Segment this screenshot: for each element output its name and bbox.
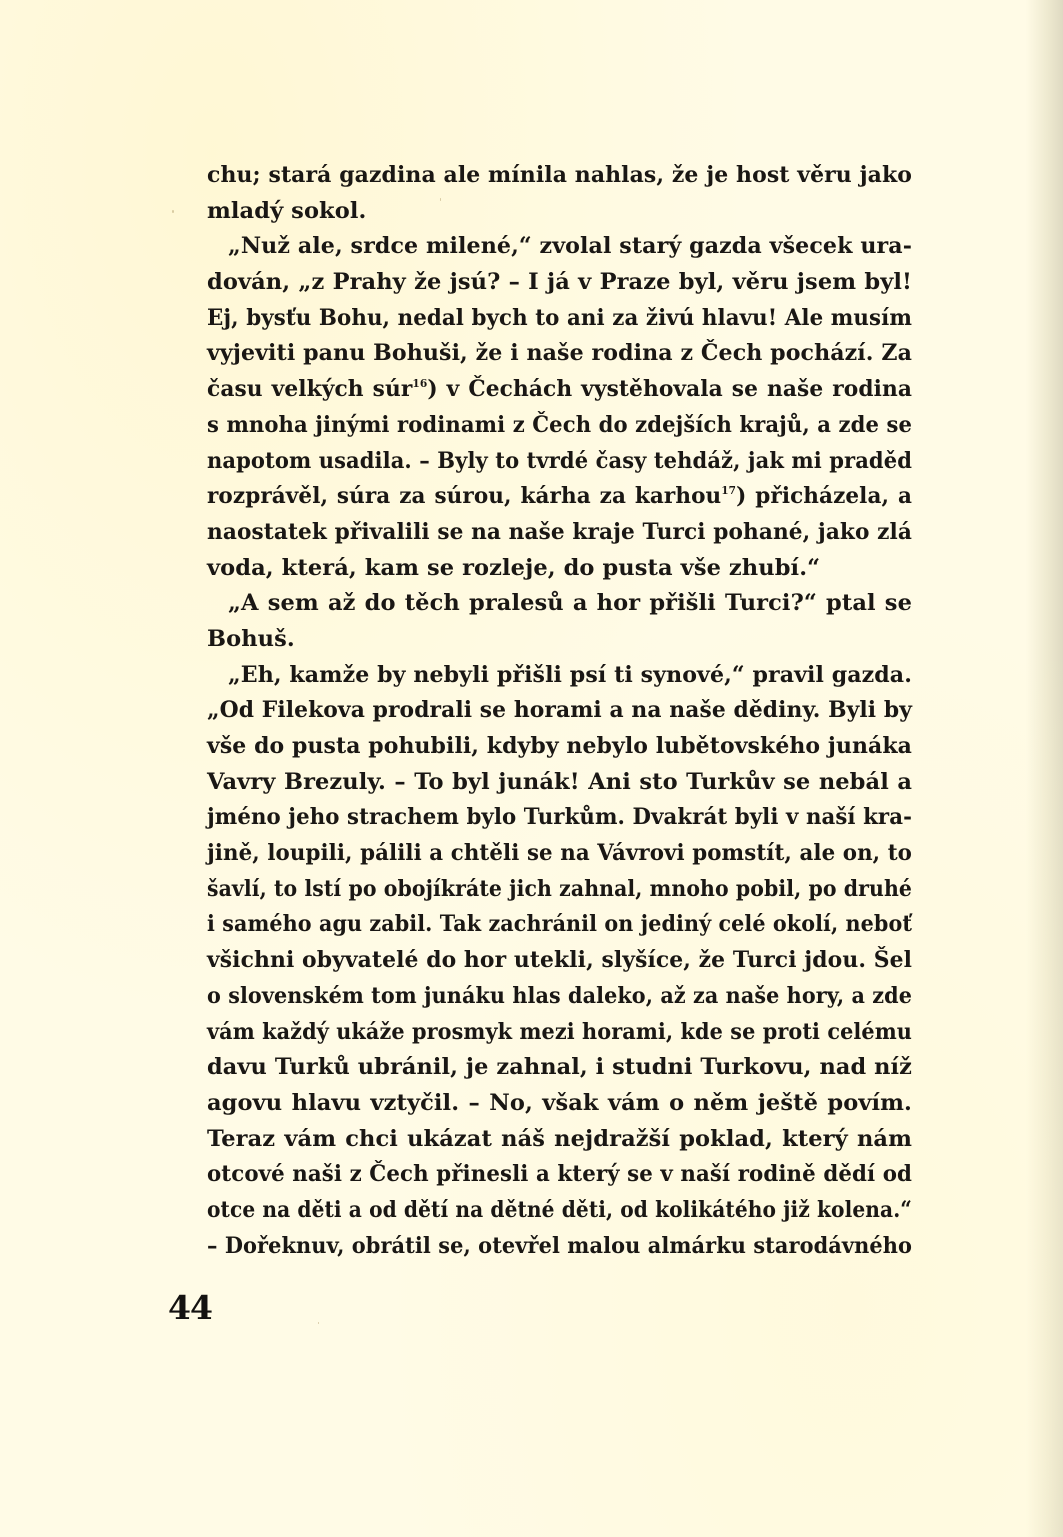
paper-speck	[440, 198, 441, 201]
text-line: naostatek přivalili se na naše kraje Tur…	[207, 515, 912, 551]
text-line: dován, „z Prahy že jsú? – I já v Praze b…	[207, 265, 912, 301]
text-line: otcové naši z Čech přinesli a který se v…	[207, 1157, 912, 1193]
text-segment: ) přicházela, a	[736, 483, 912, 509]
text-line: rozprávěl, súra za súrou, kárha za karho…	[207, 479, 912, 515]
footnote-ref-17: 17	[721, 484, 736, 497]
text-line: „Nuž ale, srdce milené,“ zvolal starý ga…	[207, 229, 912, 265]
text-line: všichni obyvatelé do hor utekli, slyšíce…	[207, 943, 912, 979]
text-line: jině, loupili, pálili a chtěli se na Váv…	[207, 836, 912, 872]
text-line: napotom usadila. – Byly to tvrdé časy te…	[207, 444, 912, 480]
text-segment: rozprávěl, súra za súrou, kárha za karho…	[207, 483, 721, 509]
text-line: – Dořeknuv, obrátil se, otevřel malou al…	[207, 1229, 912, 1265]
text-line: o slovenském tom junáku hlas daleko, až …	[207, 979, 912, 1015]
text-line: jméno jeho strachem bylo Turkům. Dvakrát…	[207, 800, 912, 836]
text-line: voda, která, kam se rozleje, do pusta vš…	[207, 551, 912, 587]
body-text: chu; stará gazdina ale mínila nahlas, že…	[207, 158, 912, 1264]
text-line: času velkých súr16) v Čechách vystěhoval…	[207, 372, 912, 408]
text-segment: ) v Čechách vystěhovala se naše rodina	[427, 376, 912, 402]
text-line: davu Turků ubránil, je zahnal, i studni …	[207, 1050, 912, 1086]
text-line: i samého agu zabil. Tak zachránil on jed…	[207, 907, 912, 943]
text-line: vše do pusta pohubili, kdyby nebylo lubě…	[207, 729, 912, 765]
book-page: chu; stará gazdina ale mínila nahlas, že…	[0, 0, 1063, 1537]
text-line: Teraz vám chci ukázat náš nejdražší pokl…	[207, 1122, 912, 1158]
footnote-ref-16: 16	[412, 377, 427, 390]
text-line: chu; stará gazdina ale mínila nahlas, že…	[207, 158, 912, 194]
text-segment: času velkých súr	[207, 376, 412, 402]
text-line: „Eh, kamže by nebyli přišli psí ti synov…	[207, 658, 912, 694]
text-line: Ej, bysťu Bohu, nedal bych to ani za živ…	[207, 301, 912, 337]
text-line: s mnoha jinými rodinami z Čech do zdejší…	[207, 408, 912, 444]
text-line: vám každý ukáže prosmyk mezi horami, kde…	[207, 1015, 912, 1051]
text-line: Vavry Brezuly. – To byl junák! Ani sto T…	[207, 765, 912, 801]
text-line: Bohuš.	[207, 622, 912, 658]
text-line: otce na děti a od dětí na dětné děti, od…	[207, 1193, 912, 1229]
text-line: vyjeviti panu Bohuši, že i naše rodina z…	[207, 336, 912, 372]
page-number: 44	[168, 1288, 212, 1328]
paper-speck	[172, 210, 174, 213]
text-line: agovu hlavu vztyčil. – No, však vám o ně…	[207, 1086, 912, 1122]
text-line: šavlí, to lstí po obojíkráte jich zahnal…	[207, 872, 912, 908]
text-line: „Od Filekova prodrali se horami a na naš…	[207, 693, 912, 729]
text-line: mladý sokol.	[207, 194, 912, 230]
paper-speck	[318, 1322, 319, 1324]
text-line: „A sem až do těch pralesů a hor přišli T…	[207, 586, 912, 622]
